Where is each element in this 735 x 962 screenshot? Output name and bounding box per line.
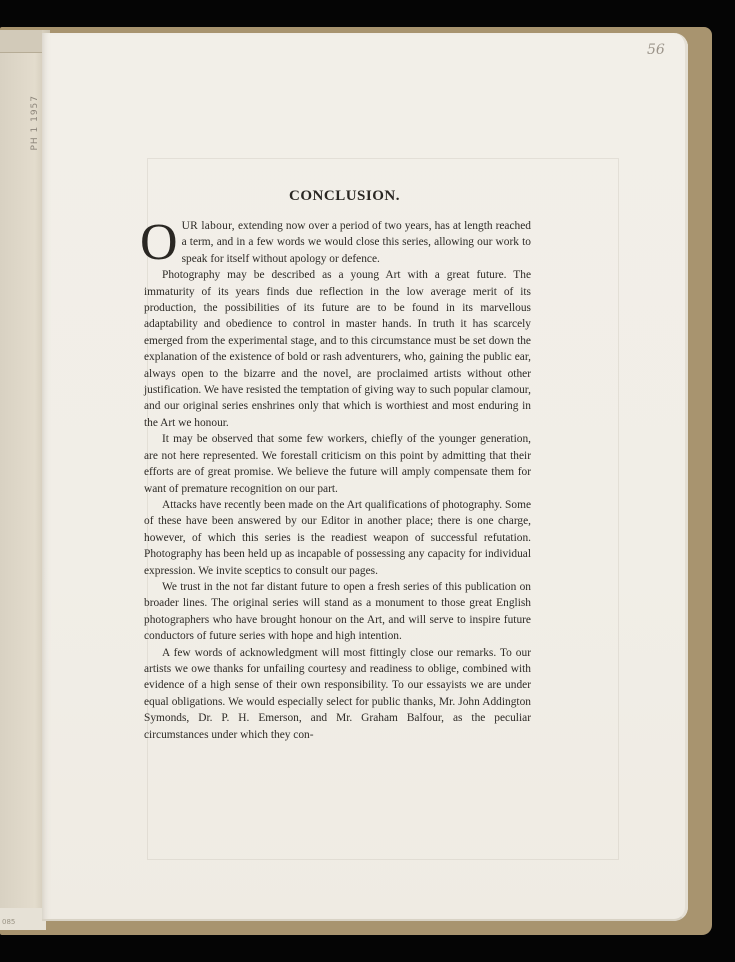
paragraph-3: It may be observed that some few workers… xyxy=(144,431,531,497)
paragraph-1-text: extending now over a period of two years… xyxy=(182,220,531,265)
paragraph-2: Photography may be described as a young … xyxy=(144,267,531,431)
page-text-block: CONCLUSION. OUR labour, extending now ov… xyxy=(144,186,531,743)
bottom-left-annotation: 085 xyxy=(2,918,15,926)
page-title: CONCLUSION. xyxy=(144,186,531,206)
left-page-top-edge xyxy=(0,30,42,53)
paragraph-1: OUR labour, extending now over a period … xyxy=(144,218,531,267)
spine-pencil-annotation: PH 1 1957 xyxy=(30,95,40,151)
paragraph-4: Attacks have recently been made on the A… xyxy=(144,497,531,579)
paragraph-1-lead: UR labour, xyxy=(182,220,235,232)
drop-cap: O xyxy=(140,222,178,264)
paragraph-6: A few words of acknowledgment will most … xyxy=(144,645,531,743)
paragraph-5: We trust in the not far distant future t… xyxy=(144,579,531,645)
handwritten-page-number: 56 xyxy=(647,42,665,58)
